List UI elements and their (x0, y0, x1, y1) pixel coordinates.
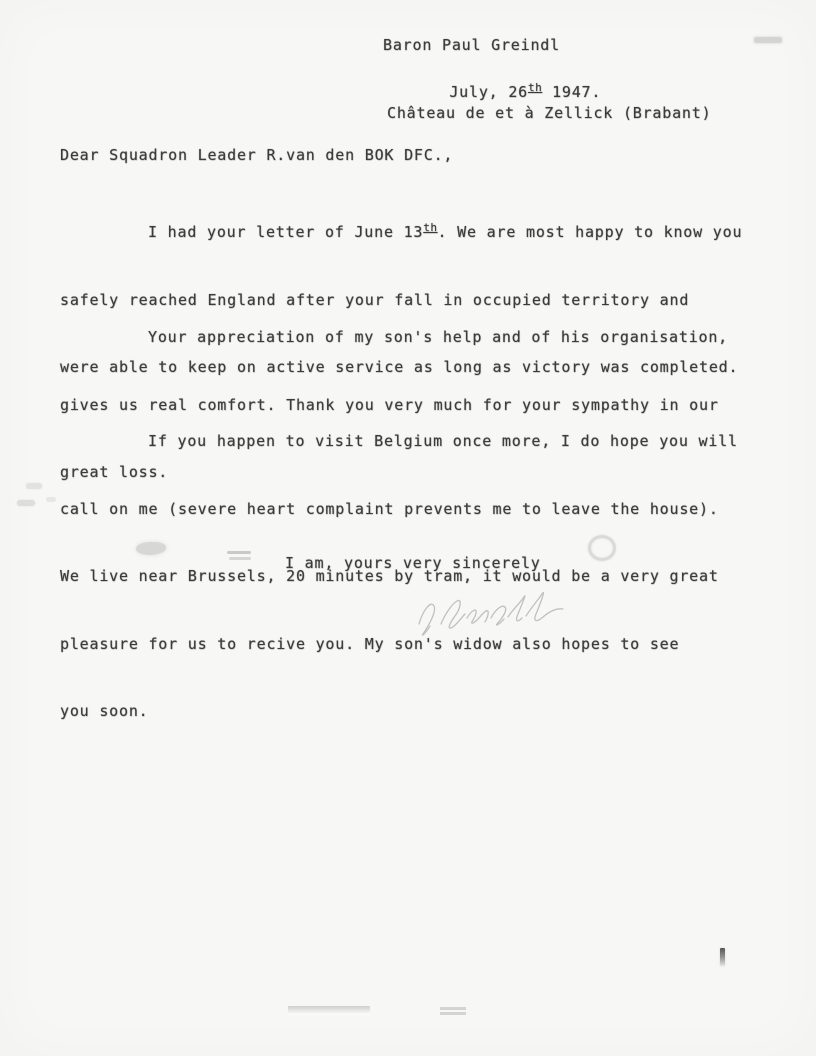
date-post: 1947. (542, 83, 601, 101)
scan-smudge-left-margin (26, 483, 42, 489)
body-line: pleasure for us to recive you. My son's … (60, 637, 738, 652)
salutation: Dear Squadron Leader R.van den BOK DFC., (60, 146, 453, 164)
scan-artifact-dash (440, 1007, 466, 1010)
closing-line: I am, yours very sincerely (285, 554, 541, 572)
sender-name: Baron Paul Greindl (383, 38, 711, 53)
date-ordinal-suffix: th (528, 81, 542, 94)
body-line: If you happen to visit Belgium once more… (60, 434, 738, 449)
body-line: you soon. (60, 704, 738, 719)
body-line: Your appreciation of my son's help and o… (60, 330, 728, 345)
date-line: July, 26th 1947. (410, 65, 601, 119)
scan-smudge-left-margin (46, 497, 56, 502)
body-line: call on me (severe heart complaint preve… (60, 502, 738, 517)
body-line: I had your letter of June 13th. We are m… (60, 225, 742, 240)
signature-handwriting (405, 580, 580, 642)
scan-artifact-strip (288, 1006, 370, 1015)
letter-page: Baron Paul Greindl Château de et à Zelli… (0, 0, 816, 1056)
paragraph-3: If you happen to visit Belgium once more… (60, 398, 738, 772)
scan-smudge-left-margin (17, 500, 35, 506)
scan-artifact-dash (440, 1012, 466, 1015)
scan-smudge-top-right (754, 37, 782, 43)
page-number-mark (720, 948, 725, 966)
date-pre: July, 26 (449, 83, 528, 101)
ordinal-suffix: th (423, 220, 437, 235)
signature-scrawl-icon (405, 580, 580, 642)
